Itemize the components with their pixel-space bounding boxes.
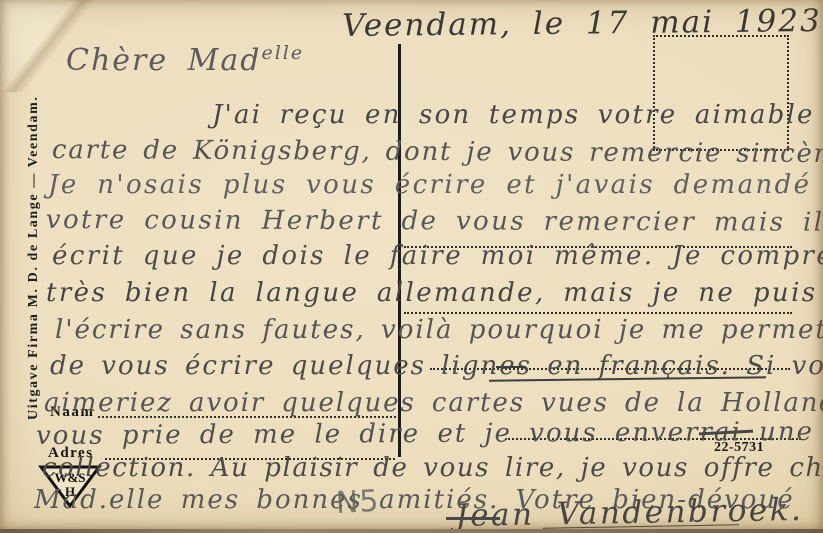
handwritten-dateline: Veendam, le 17 mai 1923.: [342, 3, 823, 44]
stamp-box: [653, 35, 789, 151]
address-dotted-line: [404, 312, 792, 314]
message-line: l'écrire sans fautes, voilà pourquoi je …: [55, 315, 823, 345]
message-line: collection. Au plaisir de vous lire, je …: [42, 453, 823, 483]
handwritten-dash: [496, 366, 526, 368]
message-line: Je n'osais plus vous écrire et j'avais d…: [48, 170, 823, 200]
message-line: écrit que je dois le faire moi même. Je …: [52, 241, 823, 271]
message-line: votre cousin Herbert de vous remercier m…: [46, 205, 823, 238]
handwritten-salutation: Chère Madelle: [66, 42, 304, 78]
signature-dash: [446, 517, 500, 520]
paper-bottom-edge: [0, 529, 823, 533]
postcard-back: Uitgave Firma M. D. de Lange — Veendam. …: [0, 0, 823, 533]
message-line: très bien la langue allemande, mais je n…: [46, 278, 823, 308]
salutation-text: Chère Mad: [66, 43, 261, 78]
message-line: carte de Königsberg, dont je vous remerc…: [52, 135, 823, 170]
message-line: aimeriez avoir quelques cartes vues de l…: [44, 388, 823, 418]
message-line: J'ai reçu en son temps votre aimable: [212, 100, 815, 130]
salutation-suffix: elle: [261, 42, 304, 64]
